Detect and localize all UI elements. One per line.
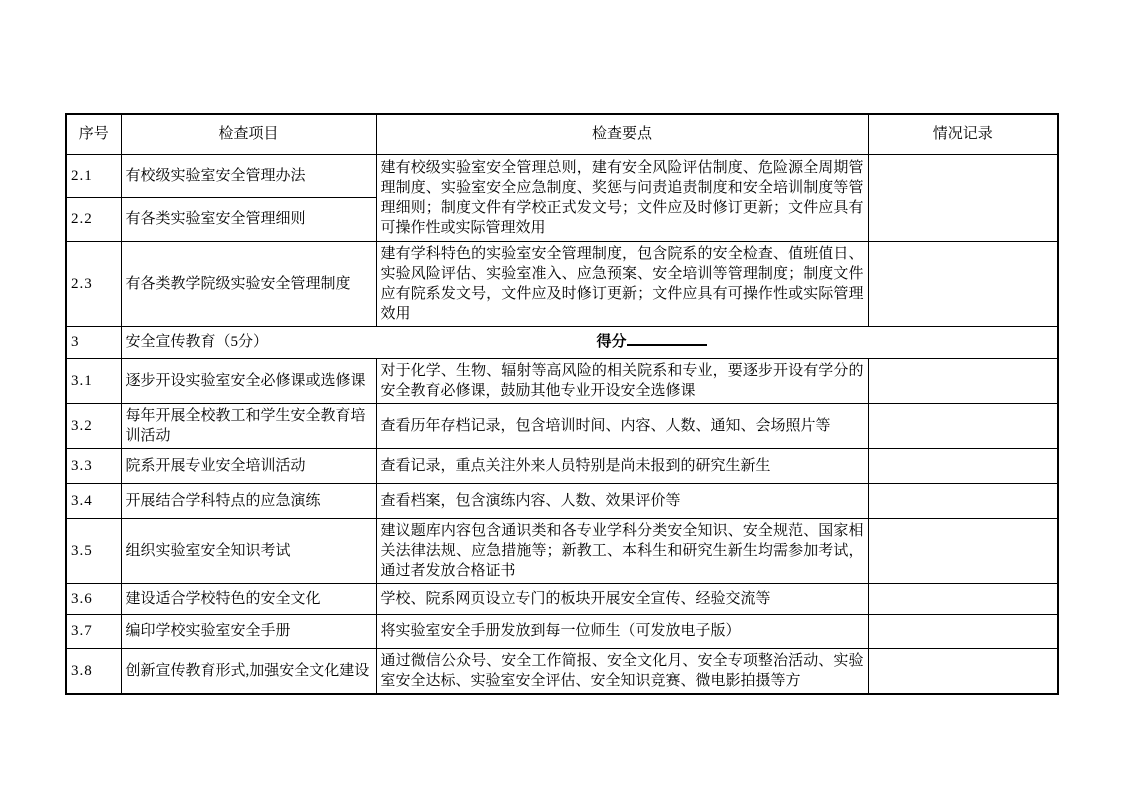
record-cell [868, 403, 1058, 448]
item-cell: 有各类教学院级实验安全管理制度 [121, 241, 376, 326]
record-cell [868, 358, 1058, 403]
item-cell: 开展结合学科特点的应急演练 [121, 483, 376, 518]
points-cell: 查看档案，包含演练内容、人数、效果评价等 [376, 483, 868, 518]
row-id-cell: 3.5 [66, 518, 121, 583]
section-title-cell: 安全宣传教育（5分） 得分 [121, 326, 1058, 358]
row-id-cell: 3.8 [66, 648, 121, 694]
item-cell: 逐步开设实验室安全必修课或选修课 [121, 358, 376, 403]
points-cell: 对于化学、生物、辐射等高风险的相关院系和专业，要逐步开设有学分的安全教育必修课，… [376, 358, 868, 403]
item-cell: 组织实验室安全知识考试 [121, 518, 376, 583]
row-id-cell: 2.3 [66, 241, 121, 326]
table-row-3-2: 3.2 每年开展全校教工和学生安全教育培训活动 查看历年存档记录，包含培训时间、… [66, 403, 1058, 448]
section-title: 安全宣传教育（5分） [126, 334, 269, 350]
record-cell [868, 518, 1058, 583]
row-id-cell: 3.1 [66, 358, 121, 403]
row-id-cell: 3.6 [66, 583, 121, 614]
table-row-3-1: 3.1 逐步开设实验室安全必修课或选修课 对于化学、生物、辐射等高风险的相关院系… [66, 358, 1058, 403]
row-id-cell: 3.2 [66, 403, 121, 448]
table-row-3-5: 3.5 组织实验室安全知识考试 建议题库内容包含通识类和各专业学科分类安全知识、… [66, 518, 1058, 583]
row-id-cell: 2.2 [66, 197, 121, 241]
points-cell-merged: 建有校级实验室安全管理总则，建有安全风险评估制度、危险源全周期管理制度、实验室安… [376, 154, 868, 241]
record-cell [868, 241, 1058, 326]
record-cell [868, 648, 1058, 694]
score-label: 得分 [597, 334, 627, 350]
column-header-no: 序号 [66, 114, 121, 154]
item-cell: 有校级实验室安全管理办法 [121, 154, 376, 197]
table-row-3-6: 3.6 建设适合学校特色的安全文化 学校、院系网页设立专门的板块开展安全宣传、经… [66, 583, 1058, 614]
points-cell: 通过微信公众号、安全工作简报、安全文化月、安全专项整治活动、实验室安全达标、实验… [376, 648, 868, 694]
record-cell [868, 614, 1058, 648]
table-row-3-3: 3.3 院系开展专业安全培训活动 查看记录，重点关注外来人员特别是尚未报到的研究… [66, 448, 1058, 483]
record-cell [868, 448, 1058, 483]
table-row-3-8: 3.8 创新宣传教育形式,加强安全文化建设 通过微信公众号、安全工作简报、安全文… [66, 648, 1058, 694]
item-cell: 有各类实验室安全管理细则 [121, 197, 376, 241]
row-id-cell: 3.3 [66, 448, 121, 483]
document-page: 序号 检查项目 检查要点 情况记录 2.1 有校级实验室安全管理办法 建有校级实… [0, 0, 1122, 793]
table-row-2-1: 2.1 有校级实验室安全管理办法 建有校级实验室安全管理总则，建有安全风险评估制… [66, 154, 1058, 197]
column-header-record: 情况记录 [868, 114, 1058, 154]
record-cell [868, 483, 1058, 518]
item-cell: 编印学校实验室安全手册 [121, 614, 376, 648]
item-cell: 建设适合学校特色的安全文化 [121, 583, 376, 614]
column-header-item: 检查项目 [121, 114, 376, 154]
points-cell: 建议题库内容包含通识类和各专业学科分类安全知识、安全规范、国家相关法律法规、应急… [376, 518, 868, 583]
table-row-3-4: 3.4 开展结合学科特点的应急演练 查看档案，包含演练内容、人数、效果评价等 [66, 483, 1058, 518]
header-row: 序号 检查项目 检查要点 情况记录 [66, 114, 1058, 154]
points-cell: 建有学科特色的实验室安全管理制度，包含院系的安全检查、值班值日、实验风险评估、实… [376, 241, 868, 326]
row-id-cell: 3.7 [66, 614, 121, 648]
column-header-points: 检查要点 [376, 114, 868, 154]
points-cell: 学校、院系网页设立专门的板块开展安全宣传、经验交流等 [376, 583, 868, 614]
item-cell: 每年开展全校教工和学生安全教育培训活动 [121, 403, 376, 448]
points-cell: 查看历年存档记录，包含培训时间、内容、人数、通知、会场照片等 [376, 403, 868, 448]
section-3-header-row: 3 安全宣传教育（5分） 得分 [66, 326, 1058, 358]
table-row-3-7: 3.7 编印学校实验室安全手册 将实验室安全手册发放到每一位师生（可发放电子版） [66, 614, 1058, 648]
score-field: 得分 [597, 332, 707, 352]
row-id-cell: 3.4 [66, 483, 121, 518]
points-cell: 将实验室安全手册发放到每一位师生（可发放电子版） [376, 614, 868, 648]
points-cell: 查看记录，重点关注外来人员特别是尚未报到的研究生新生 [376, 448, 868, 483]
record-cell [868, 154, 1058, 241]
row-id-cell: 2.1 [66, 154, 121, 197]
score-blank-line [627, 332, 707, 346]
item-cell: 院系开展专业安全培训活动 [121, 448, 376, 483]
table-row-2-3: 2.3 有各类教学院级实验安全管理制度 建有学科特色的实验室安全管理制度，包含院… [66, 241, 1058, 326]
inspection-table: 序号 检查项目 检查要点 情况记录 2.1 有校级实验室安全管理办法 建有校级实… [65, 113, 1059, 695]
item-cell: 创新宣传教育形式,加强安全文化建设 [121, 648, 376, 694]
record-cell [868, 583, 1058, 614]
row-id-cell: 3 [66, 326, 121, 358]
